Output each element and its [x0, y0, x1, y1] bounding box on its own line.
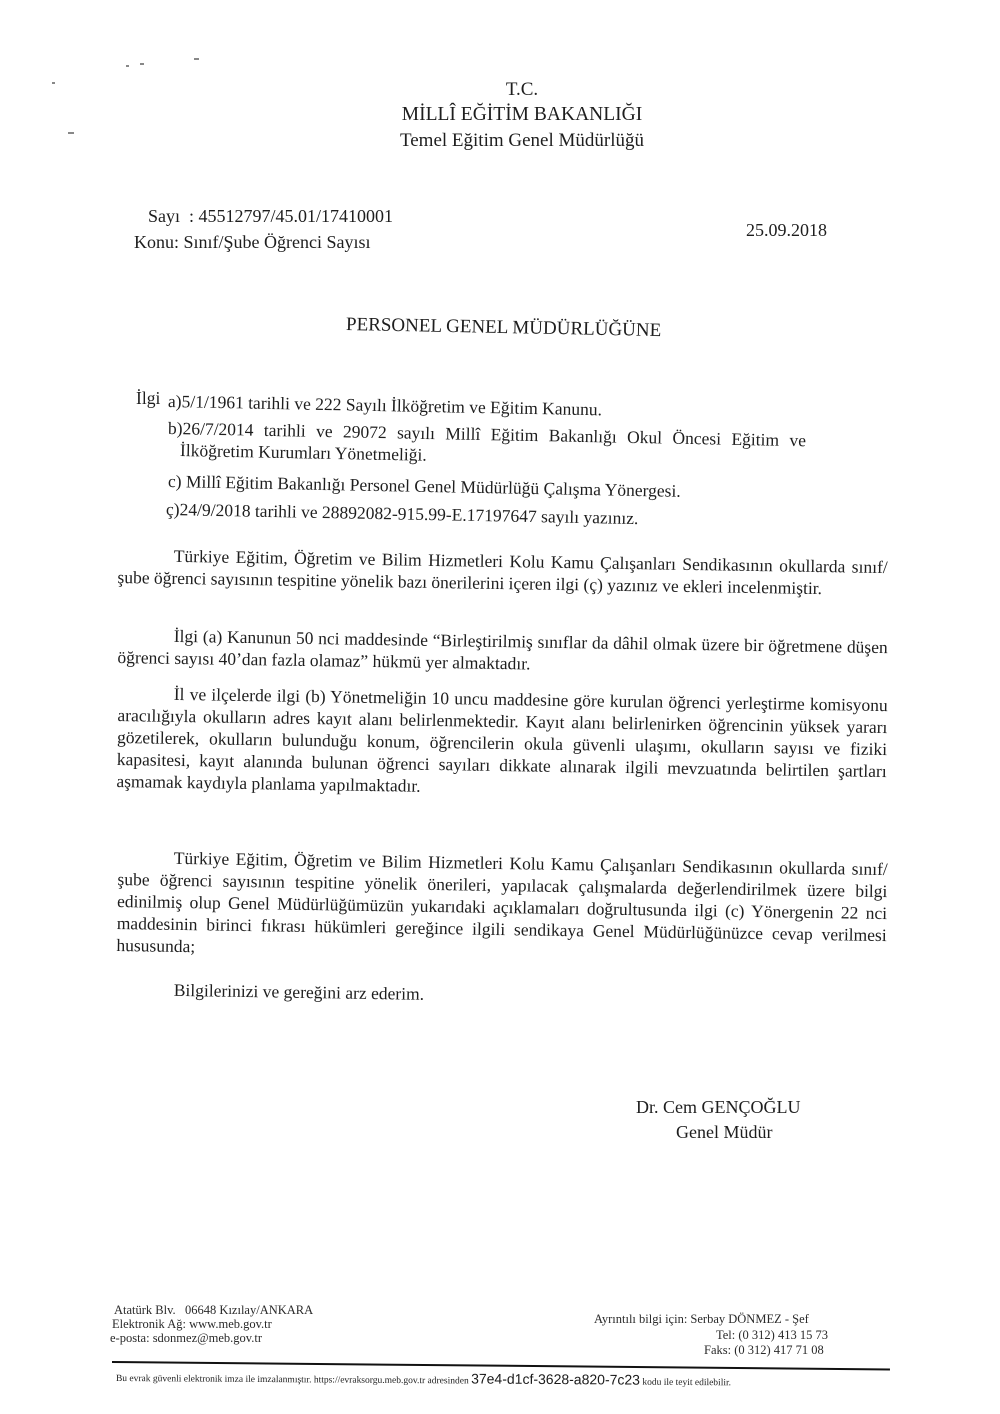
ilgi-item-a: a)5/1/1961 tarihli ve 222 Sayılı İlköğre… — [168, 391, 602, 419]
header-directorate: Temel Eğitim Genel Müdürlüğü — [22, 130, 1000, 152]
document-subject: Konu: Sınıf/Şube Öğrenci Sayısı — [134, 231, 371, 253]
footer-fax: Faks: (0 312) 417 71 08 — [704, 1342, 824, 1358]
verify-suffix: kodu ile teyit edilebilir. — [642, 1378, 731, 1389]
e-signature-verification: Bu evrak güvenli elektronik imza ile imz… — [116, 1368, 731, 1388]
ilgi-item-cc: ç)24/9/2018 tarihli ve 28892082-915.99-E… — [166, 499, 639, 528]
konu-label: Konu: — [134, 232, 179, 252]
body-paragraph: İl ve ilçelerde ilgi (b) Yönetmeliğin 10… — [116, 682, 888, 804]
header-ministry: MİLLÎ EĞİTİM BAKANLIĞI — [22, 104, 1000, 126]
closing-line: Bilgilerinizi ve gereğini arz ederim. — [118, 978, 888, 1012]
ilgi-item-b-continued: İlköğretim Kurumları Yönetmeliği. — [180, 440, 427, 465]
footer-email: e-posta: sdonmez@meb.gov.tr — [110, 1330, 262, 1346]
addressee: PERSONEL GENEL MÜDÜRLÜĞÜNE — [346, 314, 662, 342]
document-date: 25.09.2018 — [746, 219, 827, 241]
body-paragraph: İlgi (a) Kanunun 50 nci maddesinde “Birl… — [117, 624, 888, 680]
scan-speck — [140, 63, 144, 65]
scan-speck — [194, 58, 199, 60]
ilgi-label: İlgi — [136, 388, 160, 408]
sayi-label: Sayı — [148, 206, 180, 226]
ilgi-item-c: c) Millî Eğitim Bakanlığı Personel Genel… — [168, 471, 681, 501]
document-number: Sayı : 45512797/45.01/17410001 — [148, 205, 393, 227]
body-paragraph: Türkiye Eğitim, Öğretim ve Bilim Hizmetl… — [117, 544, 888, 600]
signatory-name: Dr. Cem GENÇOĞLU — [636, 1096, 801, 1118]
sayi-value: : 45512797/45.01/17410001 — [189, 206, 393, 226]
scan-speck — [126, 65, 129, 67]
body-paragraph: Türkiye Eğitim, Öğretim ve Bilim Hizmetl… — [116, 846, 888, 968]
verify-prefix: Bu evrak güvenli elektronik imza ile imz… — [116, 1374, 469, 1386]
footer-contact-person: Ayrıntılı bilgi için: Serbay DÖNMEZ - Şe… — [594, 1311, 809, 1327]
footer-phone: Tel: (0 312) 413 15 73 — [716, 1327, 828, 1343]
verify-code: 37e4-d1cf-3628-a820-7c23 — [471, 1370, 640, 1387]
header-tc: T.C. — [22, 79, 1000, 101]
signatory-title: Genel Müdür — [676, 1121, 772, 1143]
konu-value: Sınıf/Şube Öğrenci Sayısı — [184, 232, 371, 252]
